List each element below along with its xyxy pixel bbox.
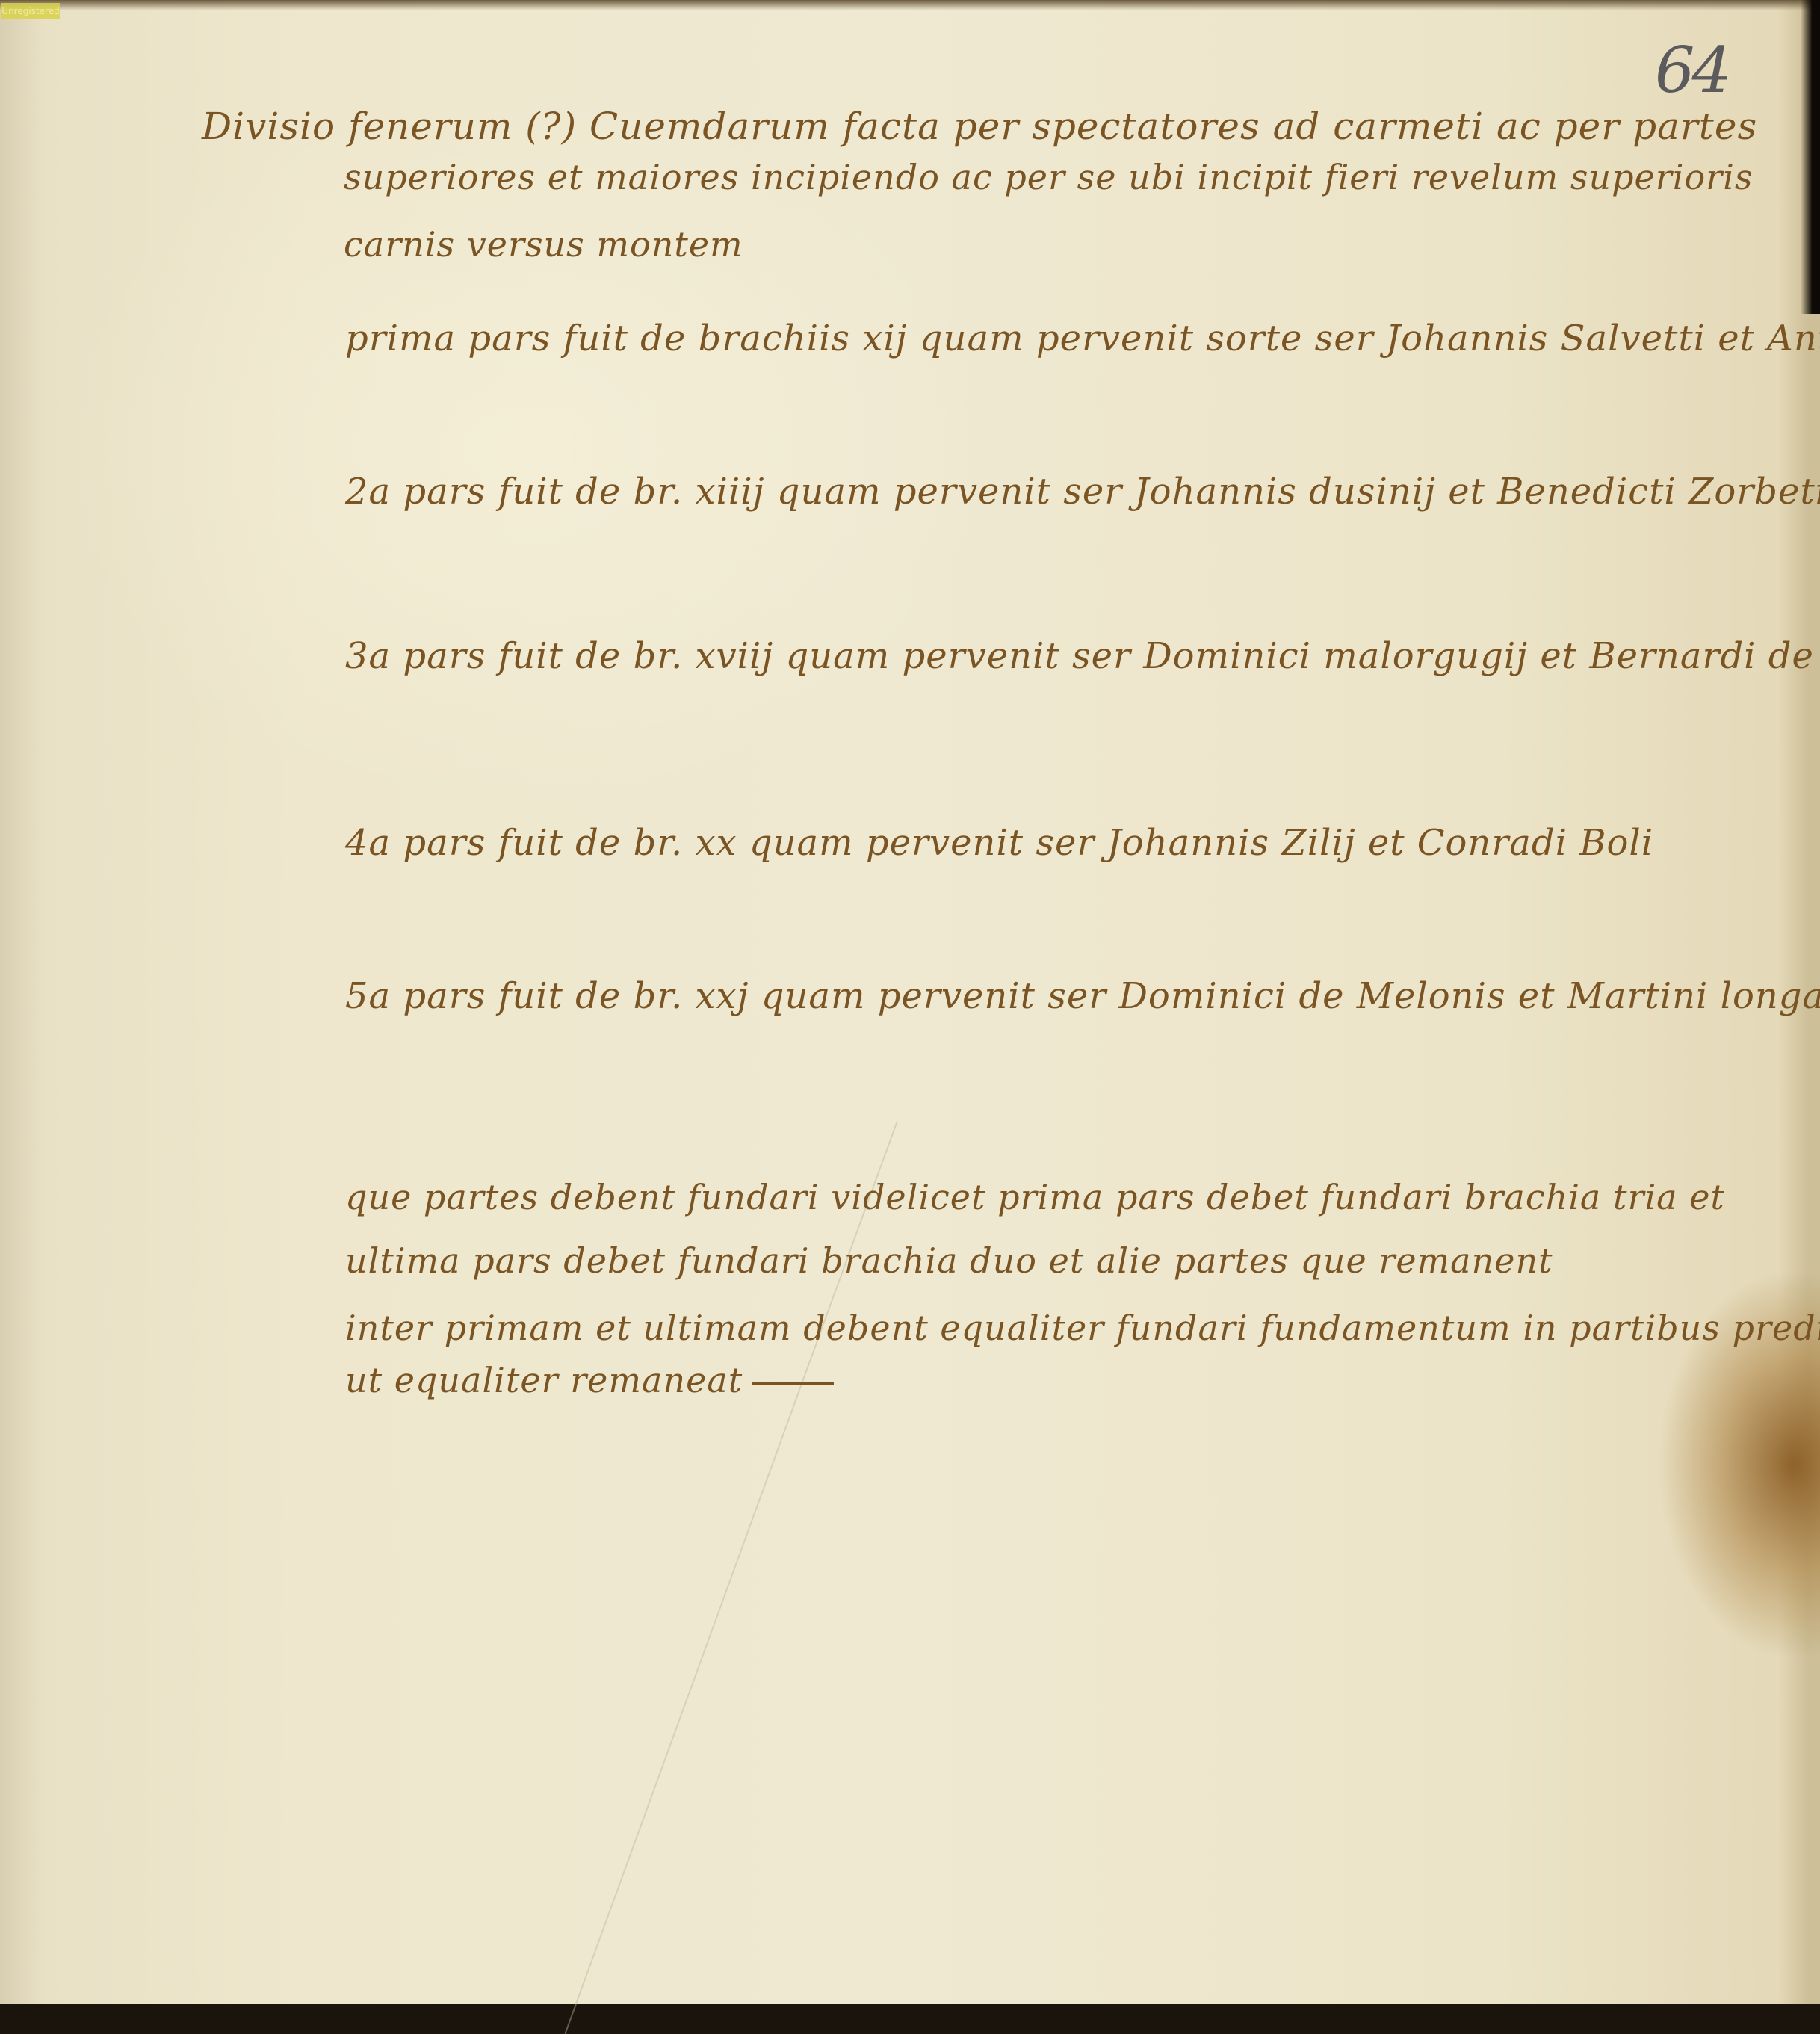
closing-line-2: ultima pars debet fundari brachia duo et…	[345, 1240, 1553, 1281]
heading-line-1: Divisio fenerum (?) Cuemdarum facta per …	[202, 105, 1757, 148]
closing-line-3: inter primam et ultimam debent equaliter…	[345, 1308, 1820, 1348]
paper-top-edge	[0, 0, 1820, 10]
folio-number: 64	[1655, 34, 1729, 107]
scan-background-edge	[1801, 0, 1820, 314]
entry-part-3: 3a pars fuit de br. xviij quam pervenit …	[345, 635, 1820, 677]
watermark-badge: Unregistered	[1, 3, 60, 19]
entry-part-4: 4a pars fuit de br. xx quam pervenit ser…	[345, 822, 1653, 864]
entry-part-1: prima pars fuit de brachiis xij quam per…	[345, 318, 1820, 359]
entry-part-5: 5a pars fuit de br. xxj quam pervenit se…	[345, 975, 1820, 1017]
heading-line-3: carnis versus montem	[344, 224, 743, 265]
heading-line-2: superiores et maiores incipiendo ac per …	[344, 157, 1753, 197]
closing-line-4-text: ut equaliter remaneat	[345, 1360, 743, 1400]
manuscript-page: Unregistered 64 Divisio fenerum (?) Cuem…	[0, 0, 1820, 2004]
entry-part-2: 2a pars fuit de br. xiiij quam pervenit …	[345, 471, 1820, 513]
closing-line-1: que partes debent fundari videlicet prim…	[345, 1177, 1725, 1217]
line-filler-stroke	[752, 1382, 834, 1385]
closing-line-4: ut equaliter remaneat	[345, 1360, 834, 1400]
